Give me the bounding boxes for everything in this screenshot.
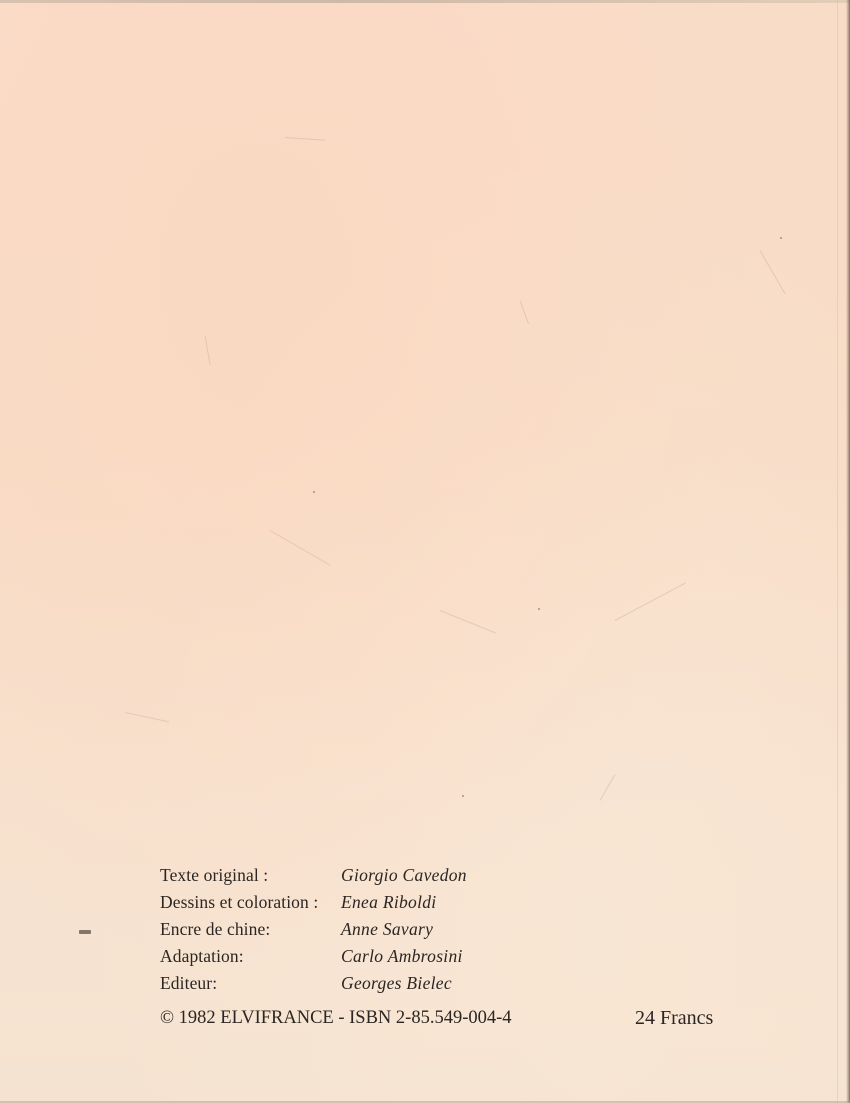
page-fold-line [837, 0, 838, 1103]
credit-role: Dessins et coloration : [160, 889, 341, 916]
price-label: 24 Francs [635, 1007, 713, 1030]
credits-list: Texte original : Giorgio Cavedon Dessins… [160, 862, 467, 997]
paper-speck [462, 795, 464, 797]
paper-fiber [520, 300, 529, 324]
credit-row-adaptation: Adaptation: Carlo Ambrosini [160, 943, 467, 970]
copyright-isbn-line: © 1982 ELVIFRANCE - ISBN 2-85.549-004-4 [160, 1008, 512, 1029]
credit-role: Encre de chine: [160, 916, 341, 943]
credit-role: Editeur: [160, 970, 341, 997]
paper-fiber [270, 530, 331, 566]
credit-role: Texte original : [160, 862, 341, 889]
page-top-edge [0, 0, 850, 3]
ink-mark [79, 930, 91, 934]
paper-fiber [600, 774, 616, 800]
credit-row-original-text: Texte original : Giorgio Cavedon [160, 862, 467, 889]
credit-name: Giorgio Cavedon [341, 862, 467, 889]
credit-row-publisher: Editeur: Georges Bielec [160, 970, 467, 997]
credit-row-drawings: Dessins et coloration : Enea Riboldi [160, 889, 467, 916]
page-right-edge-shadow [846, 0, 850, 1103]
paper-speck [538, 608, 540, 610]
credit-name: Carlo Ambrosini [341, 943, 463, 970]
paper-fiber [285, 137, 325, 141]
credit-name: Enea Riboldi [341, 889, 436, 916]
paper-speck [780, 237, 782, 239]
paper-fiber [440, 610, 496, 633]
paper-speck [313, 491, 315, 493]
credit-name: Anne Savary [341, 916, 433, 943]
paper-fiber [615, 583, 686, 621]
back-cover-page: Texte original : Giorgio Cavedon Dessins… [0, 0, 850, 1103]
paper-fiber [125, 712, 169, 722]
paper-fiber [760, 250, 786, 294]
paper-fiber [205, 335, 211, 365]
credit-role: Adaptation: [160, 943, 341, 970]
credit-row-ink: Encre de chine: Anne Savary [160, 916, 467, 943]
credit-name: Georges Bielec [341, 970, 452, 997]
